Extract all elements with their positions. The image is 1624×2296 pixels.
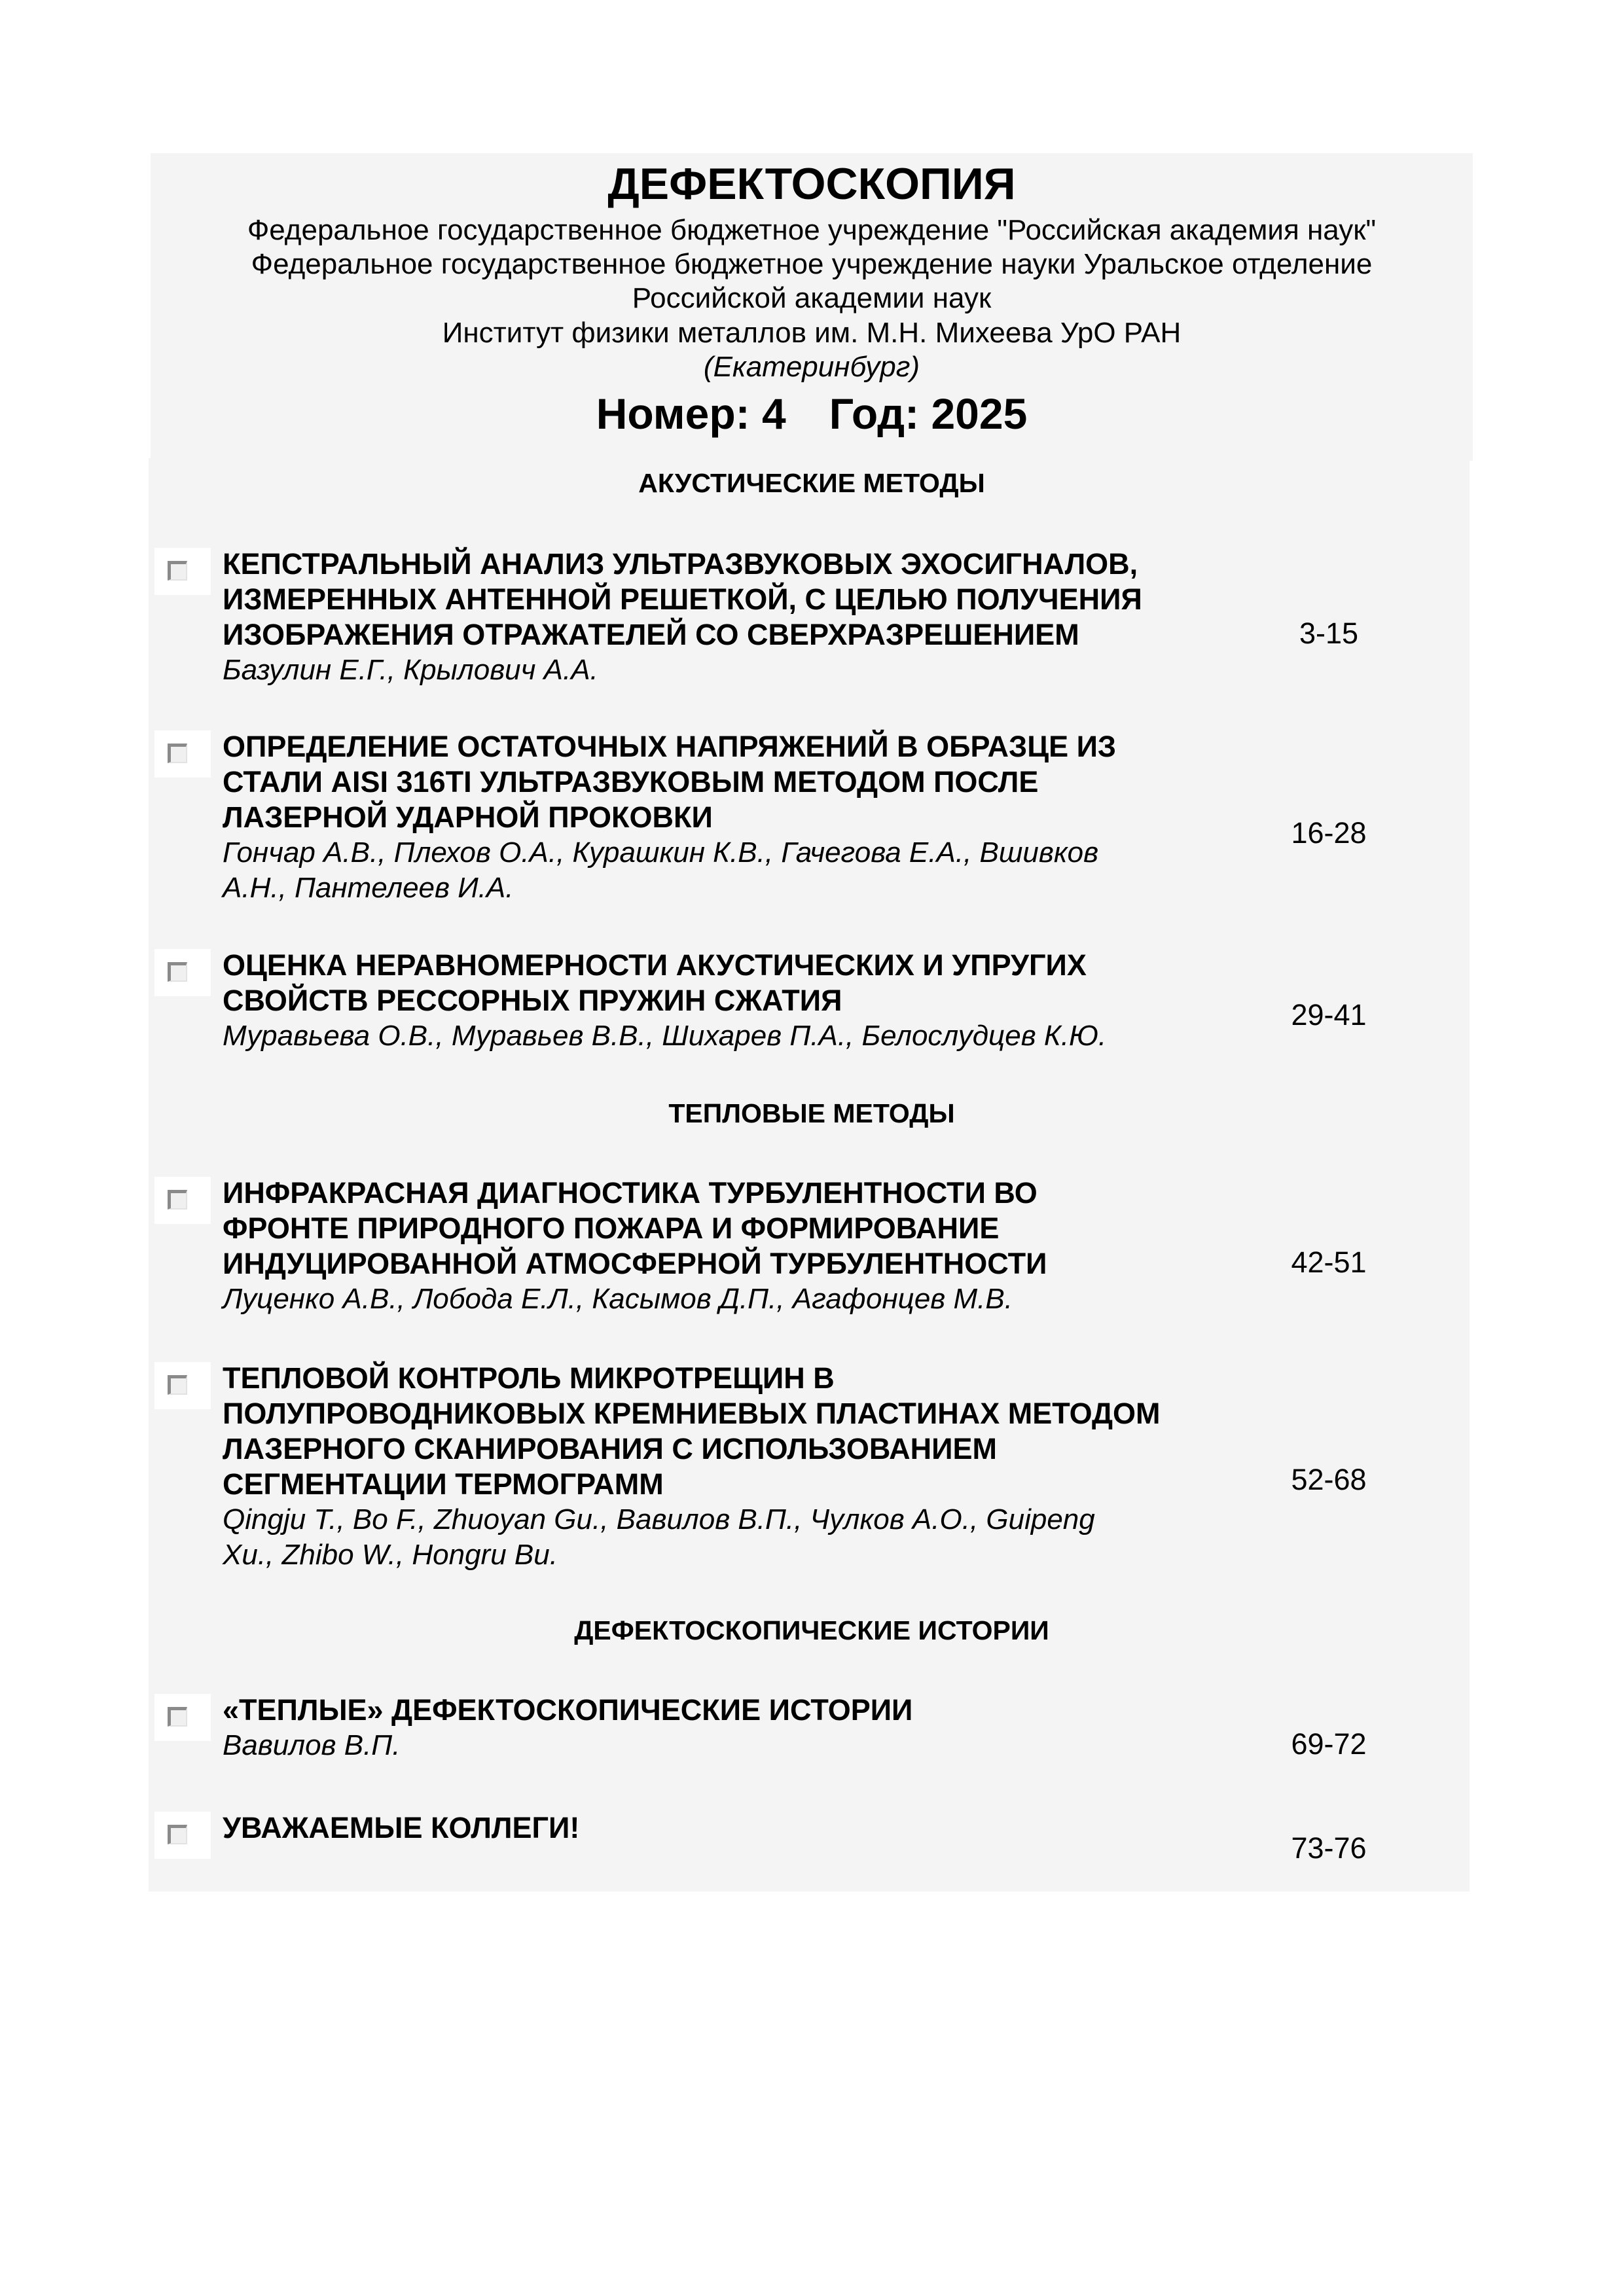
- article-title-link[interactable]: ПОЛУПРОВОДНИКОВЫХ КРЕМНИЕВЫХ ПЛАСТИНАХ М…: [223, 1396, 1244, 1431]
- article-select-checkbox[interactable]: [154, 949, 211, 996]
- article-pages: 73-76: [1283, 1831, 1375, 1866]
- article-authors: А.Н., Пантелеев И.А.: [223, 870, 1244, 906]
- article-select-checkbox[interactable]: [154, 1694, 211, 1741]
- article-pages: 16-28: [1283, 816, 1375, 851]
- article-select-checkbox[interactable]: [154, 548, 211, 595]
- checkbox-icon: [168, 1707, 187, 1727]
- article-title-link[interactable]: ТЕПЛОВОЙ КОНТРОЛЬ МИКРОТРЕЩИН В: [223, 1361, 1244, 1396]
- article-title-link[interactable]: ФРОНТЕ ПРИРОДНОГО ПОЖАРА И ФОРМИРОВАНИЕ: [223, 1211, 1244, 1246]
- article-title-link[interactable]: СЕГМЕНТАЦИИ ТЕРМОГРАММ: [223, 1467, 1244, 1502]
- article-select-checkbox[interactable]: [154, 1812, 211, 1859]
- article-authors: Вавилов В.П.: [223, 1728, 1244, 1763]
- checkbox-icon: [168, 1190, 187, 1210]
- article-entry: ИНФРАКРАСНАЯ ДИАГНОСТИКА ТУРБУЛЕНТНОСТИ …: [223, 1175, 1244, 1317]
- article-authors: Qingju T., Bo F., Zhuoyan Gu., Вавилов В…: [223, 1502, 1244, 1537]
- article-authors: Муравьева О.В., Муравьев В.В., Шихарев П…: [223, 1018, 1244, 1054]
- article-title-link[interactable]: ЛАЗЕРНОЙ УДАРНОЙ ПРОКОВКИ: [223, 800, 1244, 835]
- checkbox-icon: [168, 1825, 187, 1844]
- section-heading: ТЕПЛОВЫЕ МЕТОДЫ: [151, 1100, 1473, 1127]
- section-heading: АКУСТИЧЕСКИЕ МЕТОДЫ: [151, 470, 1473, 497]
- issue-year: Год: 2025: [829, 389, 1028, 438]
- article-pages: 29-41: [1283, 997, 1375, 1033]
- checkbox-icon: [168, 744, 187, 763]
- article-pages: 42-51: [1283, 1245, 1375, 1280]
- article-authors: Гончар А.В., Плехов О.А., Курашкин К.В.,…: [223, 835, 1244, 870]
- publisher-line: Федеральное государственное бюджетное уч…: [151, 250, 1473, 279]
- article-pages: 69-72: [1283, 1727, 1375, 1762]
- section-heading: ДЕФЕКТОСКОПИЧЕСКИЕ ИСТОРИИ: [151, 1617, 1473, 1644]
- article-title-link[interactable]: ИНДУЦИРОВАННОЙ АТМОСФЕРНОЙ ТУРБУЛЕНТНОСТ…: [223, 1246, 1244, 1282]
- article-pages: 3-15: [1283, 616, 1375, 651]
- article-title-link[interactable]: ОЦЕНКА НЕРАВНОМЕРНОСТИ АКУСТИЧЕСКИХ И УП…: [223, 948, 1244, 983]
- article-authors: Луценко А.В., Лобода Е.Л., Касымов Д.П.,…: [223, 1282, 1244, 1317]
- article-entry: КЕПСТРАЛЬНЫЙ АНАЛИЗ УЛЬТРАЗВУКОВЫХ ЭХОСИ…: [223, 547, 1244, 688]
- checkbox-icon: [168, 1375, 187, 1395]
- publisher-line: Федеральное государственное бюджетное уч…: [151, 216, 1473, 245]
- article-entry: УВАЖАЕМЫЕ КОЛЛЕГИ!: [223, 1810, 1244, 1846]
- article-entry: ОПРЕДЕЛЕНИЕ ОСТАТОЧНЫХ НАПРЯЖЕНИЙ В ОБРА…: [223, 729, 1244, 906]
- issue-info: Номер: 4Год: 2025: [151, 392, 1473, 435]
- article-entry: «ТЕПЛЫЕ» ДЕФЕКТОСКОПИЧЕСКИЕ ИСТОРИИВавил…: [223, 1693, 1244, 1763]
- article-entry: ТЕПЛОВОЙ КОНТРОЛЬ МИКРОТРЕЩИН ВПОЛУПРОВО…: [223, 1361, 1244, 1573]
- article-select-checkbox[interactable]: [154, 730, 211, 778]
- article-select-checkbox[interactable]: [154, 1362, 211, 1409]
- article-title-link[interactable]: СВОЙСТВ РЕССОРНЫХ ПРУЖИН СЖАТИЯ: [223, 983, 1244, 1018]
- article-entry: ОЦЕНКА НЕРАВНОМЕРНОСТИ АКУСТИЧЕСКИХ И УП…: [223, 948, 1244, 1054]
- journal-title: ДЕФЕКТОСКОПИЯ: [151, 162, 1473, 206]
- article-authors: Базулин Е.Г., Крылович А.А.: [223, 653, 1244, 688]
- publisher-line: Российской академии наук: [151, 284, 1473, 313]
- article-title-link[interactable]: ОПРЕДЕЛЕНИЕ ОСТАТОЧНЫХ НАПРЯЖЕНИЙ В ОБРА…: [223, 729, 1244, 764]
- article-select-checkbox[interactable]: [154, 1177, 211, 1224]
- article-title-link[interactable]: ИЗОБРАЖЕНИЯ ОТРАЖАТЕЛЕЙ СО СВЕРХРАЗРЕШЕН…: [223, 617, 1244, 653]
- article-title-link[interactable]: ИНФРАКРАСНАЯ ДИАГНОСТИКА ТУРБУЛЕНТНОСТИ …: [223, 1175, 1244, 1211]
- checkbox-icon: [168, 561, 187, 581]
- article-authors: Xu., Zhibo W., Hongru Bu.: [223, 1537, 1244, 1573]
- article-title-link[interactable]: ИЗМЕРЕННЫХ АНТЕННОЙ РЕШЕТКОЙ, С ЦЕЛЬЮ ПО…: [223, 582, 1244, 617]
- checkbox-icon: [168, 962, 187, 982]
- article-title-link[interactable]: КЕПСТРАЛЬНЫЙ АНАЛИЗ УЛЬТРАЗВУКОВЫХ ЭХОСИ…: [223, 547, 1244, 582]
- publisher-line: Институт физики металлов им. М.Н. Михеев…: [151, 319, 1473, 348]
- issue-number: Номер: 4: [596, 389, 786, 438]
- article-title-link[interactable]: УВАЖАЕМЫЕ КОЛЛЕГИ!: [223, 1810, 1244, 1846]
- article-title-link[interactable]: «ТЕПЛЫЕ» ДЕФЕКТОСКОПИЧЕСКИЕ ИСТОРИИ: [223, 1693, 1244, 1728]
- article-title-link[interactable]: СТАЛИ AISI 316TI УЛЬТРАЗВУКОВЫМ МЕТОДОМ …: [223, 764, 1244, 800]
- publisher-city: (Екатеринбург): [151, 353, 1473, 382]
- article-pages: 52-68: [1283, 1462, 1375, 1498]
- article-title-link[interactable]: ЛАЗЕРНОГО СКАНИРОВАНИЯ С ИСПОЛЬЗОВАНИЕМ: [223, 1431, 1244, 1467]
